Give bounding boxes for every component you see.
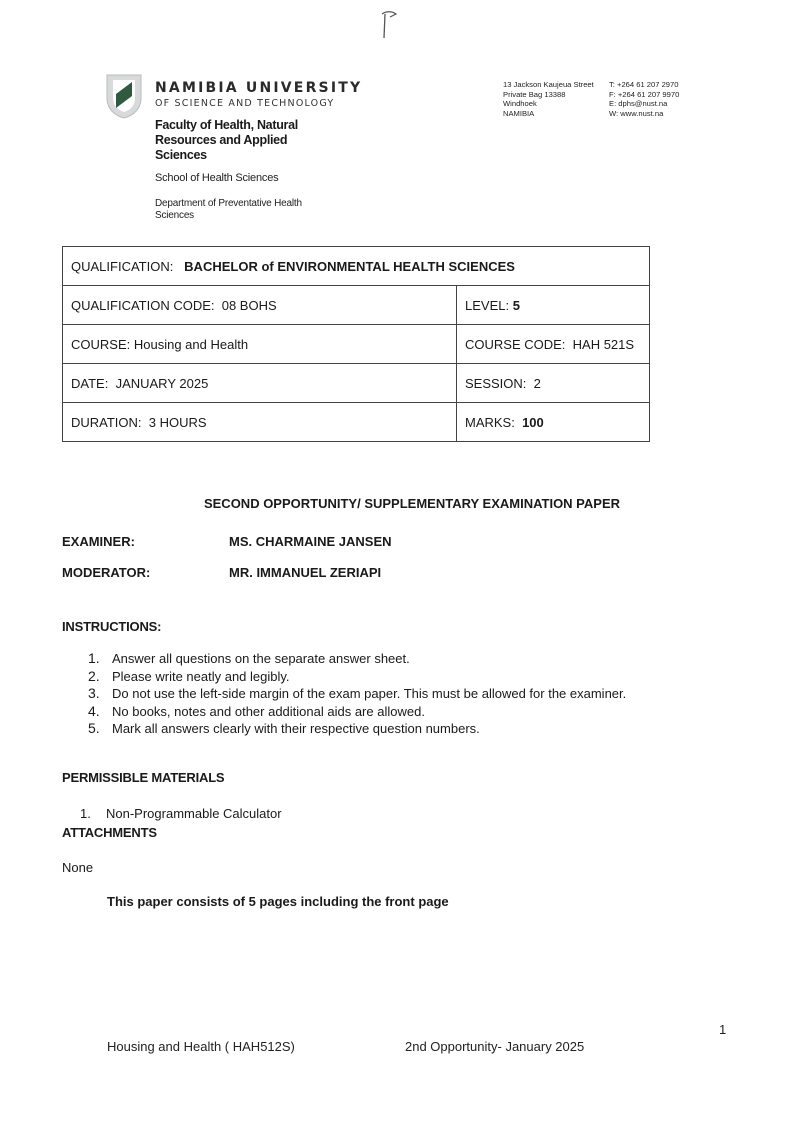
session-cell: SESSION: 2	[457, 364, 650, 403]
address-line: Windhoek	[503, 99, 594, 109]
date-cell: DATE: JANUARY 2025	[63, 364, 457, 403]
list-item: 2.Please write neatly and legibly.	[88, 668, 626, 686]
table-row: DURATION: 3 HOURS MARKS: 100	[63, 403, 650, 442]
examiner-label: EXAMINER:	[62, 534, 135, 549]
level-cell: LEVEL: 5	[457, 286, 650, 325]
exam-info-table: QUALIFICATION: BACHELOR of ENVIRONMENTAL…	[62, 246, 650, 442]
item-number: 3.	[88, 685, 112, 703]
qualification-code-cell: QUALIFICATION CODE: 08 BOHS	[63, 286, 457, 325]
instructions-heading: INSTRUCTIONS:	[62, 619, 161, 634]
contact-details: T: +264 61 207 2970 F: +264 61 207 9970 …	[609, 80, 679, 118]
page-number: 1	[719, 1022, 726, 1037]
attachments-heading: ATTACHMENTS	[62, 825, 157, 840]
permissible-materials-heading: PERMISSIBLE MATERIALS	[62, 770, 224, 785]
contact-phone: T: +264 61 207 2970	[609, 80, 679, 90]
address-line: Private Bag 13388	[503, 90, 594, 100]
address-line: NAMIBIA	[503, 109, 594, 119]
session-label: SESSION:	[465, 376, 526, 391]
item-number: 5.	[88, 720, 112, 738]
qualification-cell: QUALIFICATION: BACHELOR of ENVIRONMENTAL…	[63, 247, 650, 286]
contact-fax: F: +264 61 207 9970	[609, 90, 679, 100]
footer-opportunity: 2nd Opportunity- January 2025	[405, 1039, 584, 1054]
table-row: DATE: JANUARY 2025 SESSION: 2	[63, 364, 650, 403]
department-name: Department of Preventative Health Scienc…	[155, 198, 335, 222]
attachments-value: None	[62, 860, 93, 875]
item-text: Mark all answers clearly with their resp…	[112, 721, 480, 736]
duration-cell: DURATION: 3 HOURS	[63, 403, 457, 442]
item-number: 1.	[88, 650, 112, 668]
list-item: 5.Mark all answers clearly with their re…	[88, 720, 626, 738]
session-value: 2	[534, 376, 541, 391]
faculty-name: Faculty of Health, Natural Resources and…	[155, 118, 335, 163]
footer-course: Housing and Health ( HAH512S)	[107, 1039, 295, 1054]
contact-email: E: dphs@nust.na	[609, 99, 679, 109]
marks-value: 100	[522, 415, 544, 430]
course-code-value: HAH 521S	[573, 337, 634, 352]
level-value: 5	[513, 298, 520, 313]
instructions-list: 1.Answer all questions on the separate a…	[88, 650, 626, 738]
level-label: LEVEL:	[465, 298, 509, 313]
qualification-code-label: QUALIFICATION CODE:	[71, 298, 215, 313]
course-code-label: COURSE CODE:	[465, 337, 565, 352]
duration-label: DURATION:	[71, 415, 142, 430]
course-label: COURSE:	[71, 337, 130, 352]
examiner-name: MS. CHARMAINE JANSEN	[229, 534, 392, 549]
table-row: QUALIFICATION CODE: 08 BOHS LEVEL: 5	[63, 286, 650, 325]
date-label: DATE:	[71, 376, 108, 391]
qualification-code-value: 08 BOHS	[222, 298, 277, 313]
course-cell: COURSE: Housing and Health	[63, 325, 457, 364]
list-item: 1.Non-Programmable Calculator	[80, 806, 282, 821]
university-name: NAMIBIA UNIVERSITY	[155, 80, 362, 96]
item-text: Answer all questions on the separate ans…	[112, 651, 410, 666]
item-text: Do not use the left-side margin of the e…	[112, 686, 626, 701]
item-number: 4.	[88, 703, 112, 721]
school-name: School of Health Sciences	[155, 172, 278, 184]
university-subtitle: OF SCIENCE AND TECHNOLOGY	[155, 98, 334, 109]
paper-title: SECOND OPPORTUNITY/ SUPPLEMENTARY EXAMIN…	[0, 496, 794, 511]
duration-value: 3 HOURS	[149, 415, 207, 430]
moderator-name: MR. IMMANUEL ZERIAPI	[229, 565, 381, 580]
list-item: 4.No books, notes and other additional a…	[88, 703, 626, 721]
item-number: 1.	[80, 806, 106, 821]
nust-shield-logo-icon	[104, 72, 144, 120]
item-text: No books, notes and other additional aid…	[112, 704, 425, 719]
table-row: COURSE: Housing and Health COURSE CODE: …	[63, 325, 650, 364]
course-code-cell: COURSE CODE: HAH 521S	[457, 325, 650, 364]
item-number: 2.	[88, 668, 112, 686]
item-text: Non-Programmable Calculator	[106, 806, 282, 821]
postal-address: 13 Jackson Kaujeua Street Private Bag 13…	[503, 80, 594, 118]
moderator-label: MODERATOR:	[62, 565, 150, 580]
list-item: 1.Answer all questions on the separate a…	[88, 650, 626, 668]
table-row: QUALIFICATION: BACHELOR of ENVIRONMENTAL…	[63, 247, 650, 286]
address-line: 13 Jackson Kaujeua Street	[503, 80, 594, 90]
date-value: JANUARY 2025	[116, 376, 209, 391]
course-value: Housing and Health	[134, 337, 248, 352]
page-count-note: This paper consists of 5 pages including…	[107, 894, 449, 909]
list-item: 3.Do not use the left-side margin of the…	[88, 685, 626, 703]
marks-label: MARKS:	[465, 415, 515, 430]
contact-website: W: www.nust.na	[609, 109, 679, 119]
qualification-value: BACHELOR of ENVIRONMENTAL HEALTH SCIENCE…	[184, 259, 515, 274]
handwritten-mark-icon	[378, 8, 400, 40]
item-text: Please write neatly and legibly.	[112, 669, 290, 684]
qualification-label: QUALIFICATION:	[71, 259, 173, 274]
marks-cell: MARKS: 100	[457, 403, 650, 442]
